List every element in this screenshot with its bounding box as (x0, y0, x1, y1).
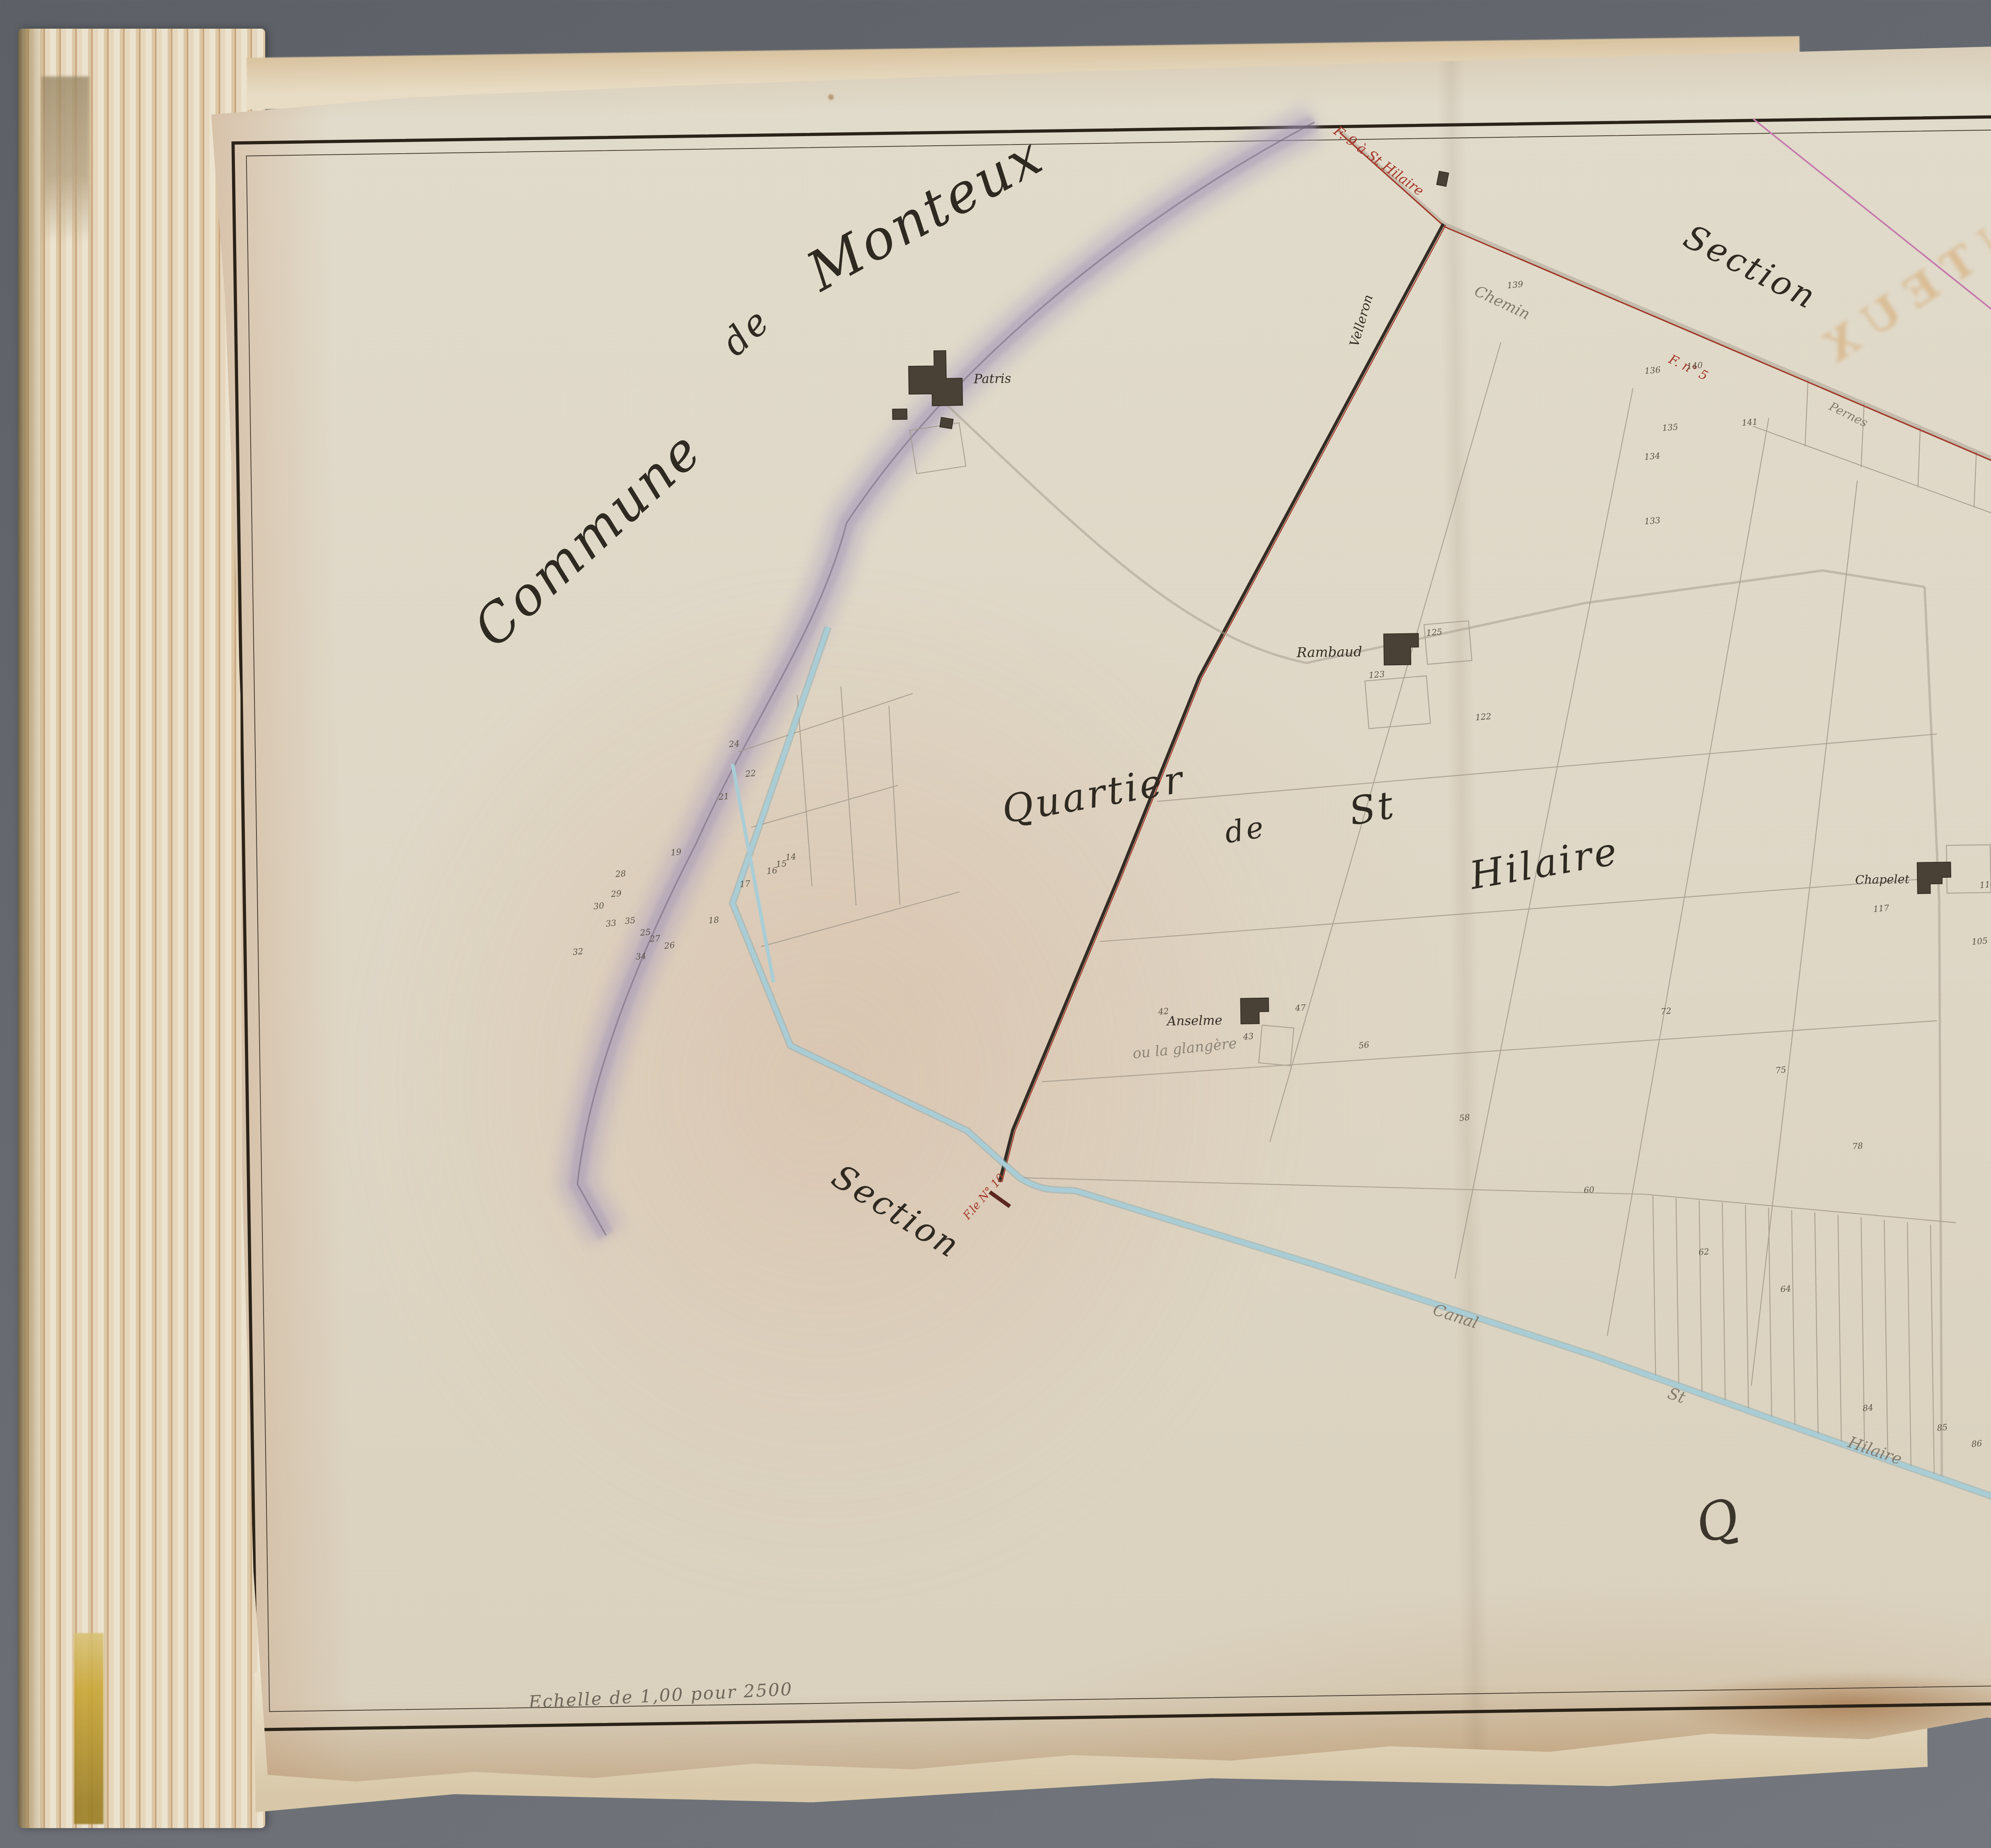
parcel-number: 117 (1873, 903, 1889, 914)
parcel-number: 140 (1686, 360, 1703, 371)
patris-road (944, 388, 1926, 668)
parcel-number: 29 (610, 889, 622, 899)
parcel-number: 75 (1775, 1065, 1787, 1075)
gilt-page-edge (74, 1633, 104, 1824)
parcel-number: 134 (1644, 451, 1660, 462)
parcel-number: 78 (1852, 1141, 1864, 1151)
parcel-lines (732, 330, 1991, 1495)
building-at-junction (1437, 171, 1449, 186)
chemin-de-pernes (1338, 114, 1991, 648)
parcel-number: 16 (766, 865, 778, 876)
parcel-number: 141 (1741, 417, 1758, 428)
building-patris-annex (892, 409, 907, 420)
parcel-number: 123 (1368, 669, 1385, 680)
parcel-number: 72 (1660, 1006, 1672, 1016)
building-patris (908, 350, 962, 406)
building-patris-annex (940, 417, 953, 428)
book-spine-top (41, 76, 89, 244)
parcel-number: 30 (593, 901, 604, 911)
place-label-rambaud: Rambaud (1297, 644, 1362, 660)
parcel-number: 32 (572, 946, 584, 957)
parcel-number: 47 (1295, 1003, 1306, 1013)
place-label-patris: Patris (974, 371, 1011, 386)
parcel-number: 26 (664, 940, 675, 951)
parcel-number: 62 (1698, 1247, 1710, 1257)
parcel-number: 21 (718, 791, 730, 802)
parcel-number: 139 (1507, 279, 1524, 290)
parcel-number: 60 (1583, 1185, 1595, 1195)
commune-boundary-wash (562, 122, 1331, 1236)
building-chapelet (1917, 862, 1951, 893)
parcel-number: 85 (1936, 1422, 1948, 1433)
parcel-number: 24 (728, 739, 740, 749)
parcel-number: 15 (776, 859, 787, 869)
quartier-word2: de (1222, 809, 1268, 850)
parcel-number: 135 (1662, 422, 1678, 433)
parcel-number: 125 (1426, 627, 1443, 638)
parcel-number: 43 (1243, 1031, 1254, 1042)
parcel-number: 33 (605, 918, 617, 928)
parcel-number: 18 (708, 915, 720, 925)
place-label-chapelet: Chapelet (1855, 872, 1910, 887)
parcel-number: 22 (745, 768, 757, 779)
parcel-number: 58 (1459, 1112, 1471, 1123)
photograph-of-atlas-page: { "colors":{"canal_blue":"#9fc8d2","fili… (0, 0, 1991, 1848)
parcel-number: 25 (640, 927, 651, 938)
place-label-anselme: Anselme (1167, 1013, 1222, 1029)
parcel-number: 136 (1644, 365, 1661, 376)
parcel-number: 64 (1780, 1284, 1792, 1294)
parcel-number: 56 (1358, 1040, 1370, 1050)
parcel-number: 42 (1158, 1006, 1170, 1017)
parcel-number: 35 (624, 916, 636, 926)
commune-boundary-line (562, 122, 1331, 1236)
parcel-number: 14 (785, 852, 797, 862)
parcel-number: 34 (635, 951, 647, 961)
map-sheet: MONTEUX Monteux (210, 19, 1991, 1788)
parcel-number: 28 (615, 869, 626, 879)
building-rambaud (1384, 633, 1419, 665)
quartier-word3: St (1346, 782, 1399, 834)
chapel-road (1925, 587, 1948, 1477)
building-anselme (1240, 998, 1269, 1024)
parcel-number: 17 (739, 879, 751, 889)
parcel-number: 110 (1979, 879, 1991, 890)
commune-boundary-wash-core (562, 122, 1331, 1236)
parcel-number: 86 (1971, 1438, 1983, 1449)
parcel-number: 133 (1644, 516, 1661, 526)
canal-st-hilaire (729, 606, 1991, 1637)
parcel-number: 122 (1475, 711, 1492, 722)
parcel-number: 105 (1971, 936, 1988, 947)
parcel-number: 84 (1862, 1403, 1874, 1413)
parcel-number: 19 (670, 847, 682, 858)
